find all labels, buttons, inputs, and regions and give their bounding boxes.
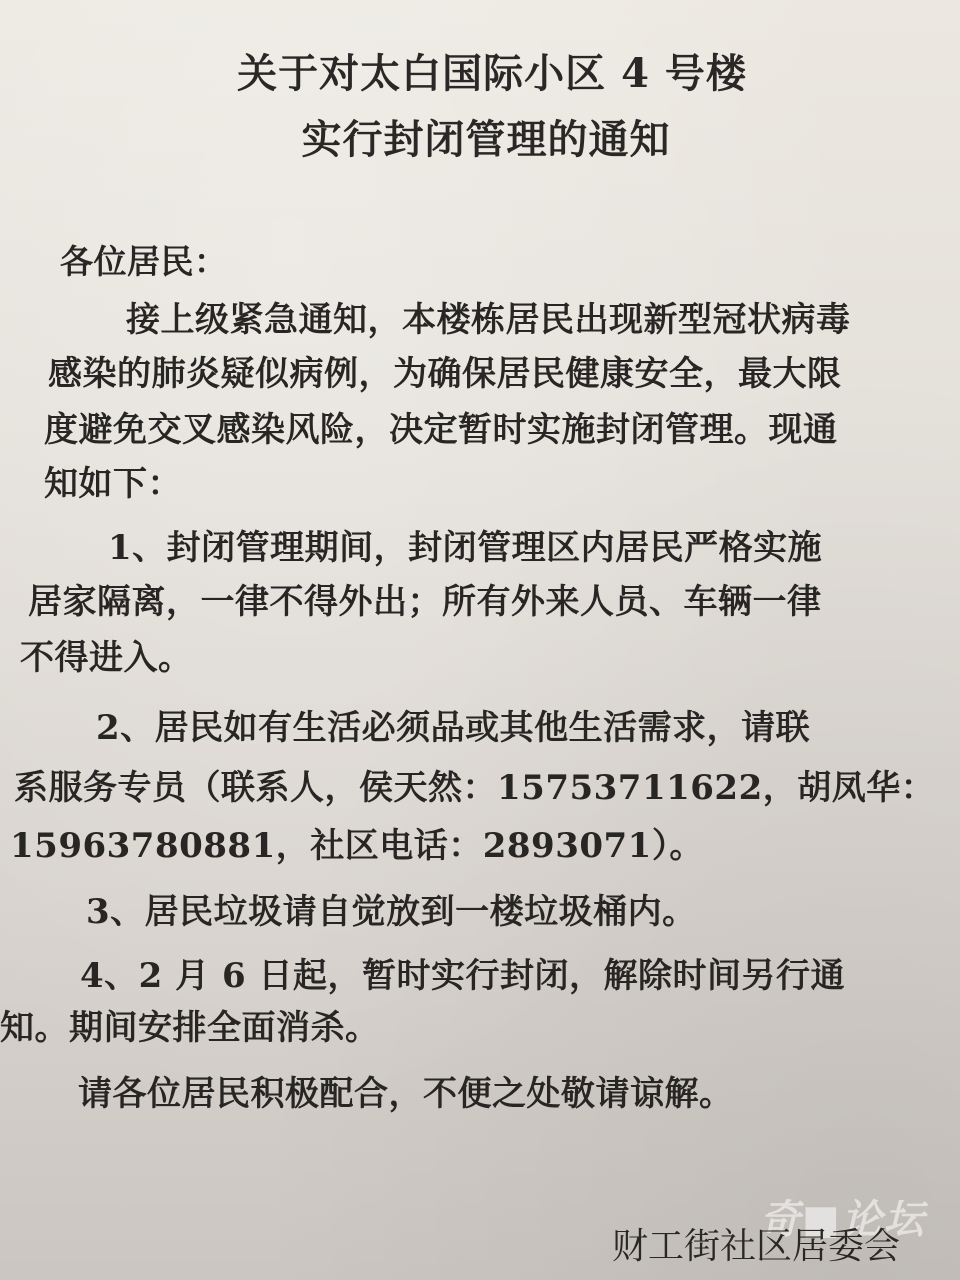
item-line: 1、封闭管理期间，封闭管理区内居民严格实施	[108, 520, 822, 569]
intro-line: 度避免交叉感染风险，决定暂时实施封闭管理。现通	[44, 402, 838, 451]
notice-title-line-2: 实行封闭管理的通知	[6, 108, 960, 165]
item-line: 15963780881，社区电话：2893071）。	[10, 818, 704, 867]
item-line: 知。期间安排全面消杀。	[0, 1000, 380, 1049]
intro-line: 感染的肺炎疑似病例，为确保居民健康安全，最大限	[48, 346, 842, 395]
item-line: 居家隔离，一律不得外出；所有外来人员、车辆一律	[28, 574, 822, 623]
intro-line: 知如下：	[44, 456, 182, 505]
closing-remark: 请各位居民积极配合，不便之处敬请谅解。	[78, 1066, 734, 1115]
item-line: 系服务专员（联系人，侯天然：15753711622，胡凤华：	[14, 760, 935, 809]
item-line: 3、居民垃圾请自觉放到一楼垃圾桶内。	[86, 884, 697, 933]
item-line: 4、2 月 6 日起，暂时实行封闭，解除时间另行通	[80, 948, 845, 997]
notice-title-line-1: 关于对太白国际小区 4 号楼	[12, 42, 960, 99]
intro-line: 接上级紧急通知，本楼栋居民出现新型冠状病毒	[126, 292, 851, 341]
item-line: 2、居民如有生活必须品或其他生活需求，请联	[96, 700, 810, 749]
salutation: 各位居民：	[60, 236, 228, 283]
signature-committee: 财工街社区居委会	[612, 1218, 900, 1269]
item-line: 不得进入。	[20, 630, 193, 679]
